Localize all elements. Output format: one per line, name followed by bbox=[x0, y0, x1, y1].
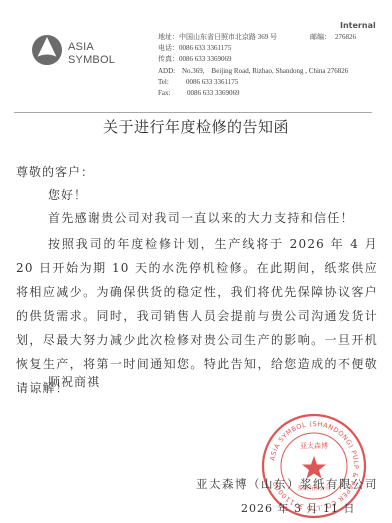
fax-en-row: Fax: 0086 633 3369069 bbox=[158, 88, 356, 99]
company-logo: ASIA SYMBOL bbox=[31, 34, 121, 70]
phone-cn-value: 0086 633 3361175 bbox=[179, 43, 231, 54]
logo-line-1: ASIA bbox=[68, 41, 115, 54]
classification-label: Internal bbox=[340, 21, 376, 30]
header-divider bbox=[14, 112, 372, 113]
thanks-line: 首先感谢贵公司对我司一直以来的大力支持和信任！ bbox=[48, 209, 392, 226]
address-cn-label: 地址： bbox=[158, 32, 179, 43]
fax-en-label: Fax: bbox=[158, 88, 182, 99]
zip-value: 276826 bbox=[335, 32, 356, 43]
asia-symbol-logo-icon bbox=[31, 34, 63, 66]
fax-cn-row: 传真： 0086 633 3369069 bbox=[158, 54, 356, 65]
address-en-value: No.369, Beijing Road, Rizhao, Shandong ,… bbox=[182, 66, 348, 77]
greeting: 您好！ bbox=[48, 186, 392, 203]
tel-en-row: Tel: 0086 633 3361175 bbox=[158, 77, 356, 88]
contact-block: 地址： 中国山东省日照市北京路 369 号 邮编： 276826 电话： 008… bbox=[158, 32, 356, 99]
document-title: 关于进行年度检修的告知函 bbox=[0, 116, 392, 137]
fax-en-value: 0086 633 3369069 bbox=[187, 88, 240, 99]
address-cn-row: 地址： 中国山东省日照市北京路 369 号 邮编： 276826 bbox=[158, 32, 356, 43]
tel-en-value: 0086 633 3361175 bbox=[186, 77, 238, 88]
zip-label: 邮编： bbox=[310, 32, 331, 43]
address-en-row: ADD: No.369, Beijing Road, Rizhao, Shand… bbox=[158, 66, 356, 77]
signature-date: 2026 年 3 月 11 日 bbox=[241, 500, 355, 516]
address-en-label: ADD: bbox=[158, 66, 182, 77]
salutation: 尊敬的客户： bbox=[16, 163, 378, 180]
signature-company: 亚太森博（山东）浆纸有限公司 bbox=[196, 476, 378, 492]
logo-line-2: SYMBOL bbox=[68, 54, 115, 67]
fax-cn-label: 传真： bbox=[158, 54, 179, 65]
fax-cn-value: 0086 633 3369069 bbox=[179, 54, 232, 65]
closing: 顺祝商祺 bbox=[48, 373, 392, 390]
svg-text:亚太森博: 亚太森博 bbox=[300, 441, 328, 450]
phone-cn-row: 电话： 0086 633 3361175 bbox=[158, 43, 356, 54]
logo-wordmark: ASIA SYMBOL bbox=[68, 41, 115, 67]
phone-cn-label: 电话： bbox=[158, 43, 179, 54]
address-cn-value: 中国山东省日照市北京路 369 号 bbox=[179, 32, 277, 43]
tel-en-label: Tel: bbox=[158, 77, 182, 88]
